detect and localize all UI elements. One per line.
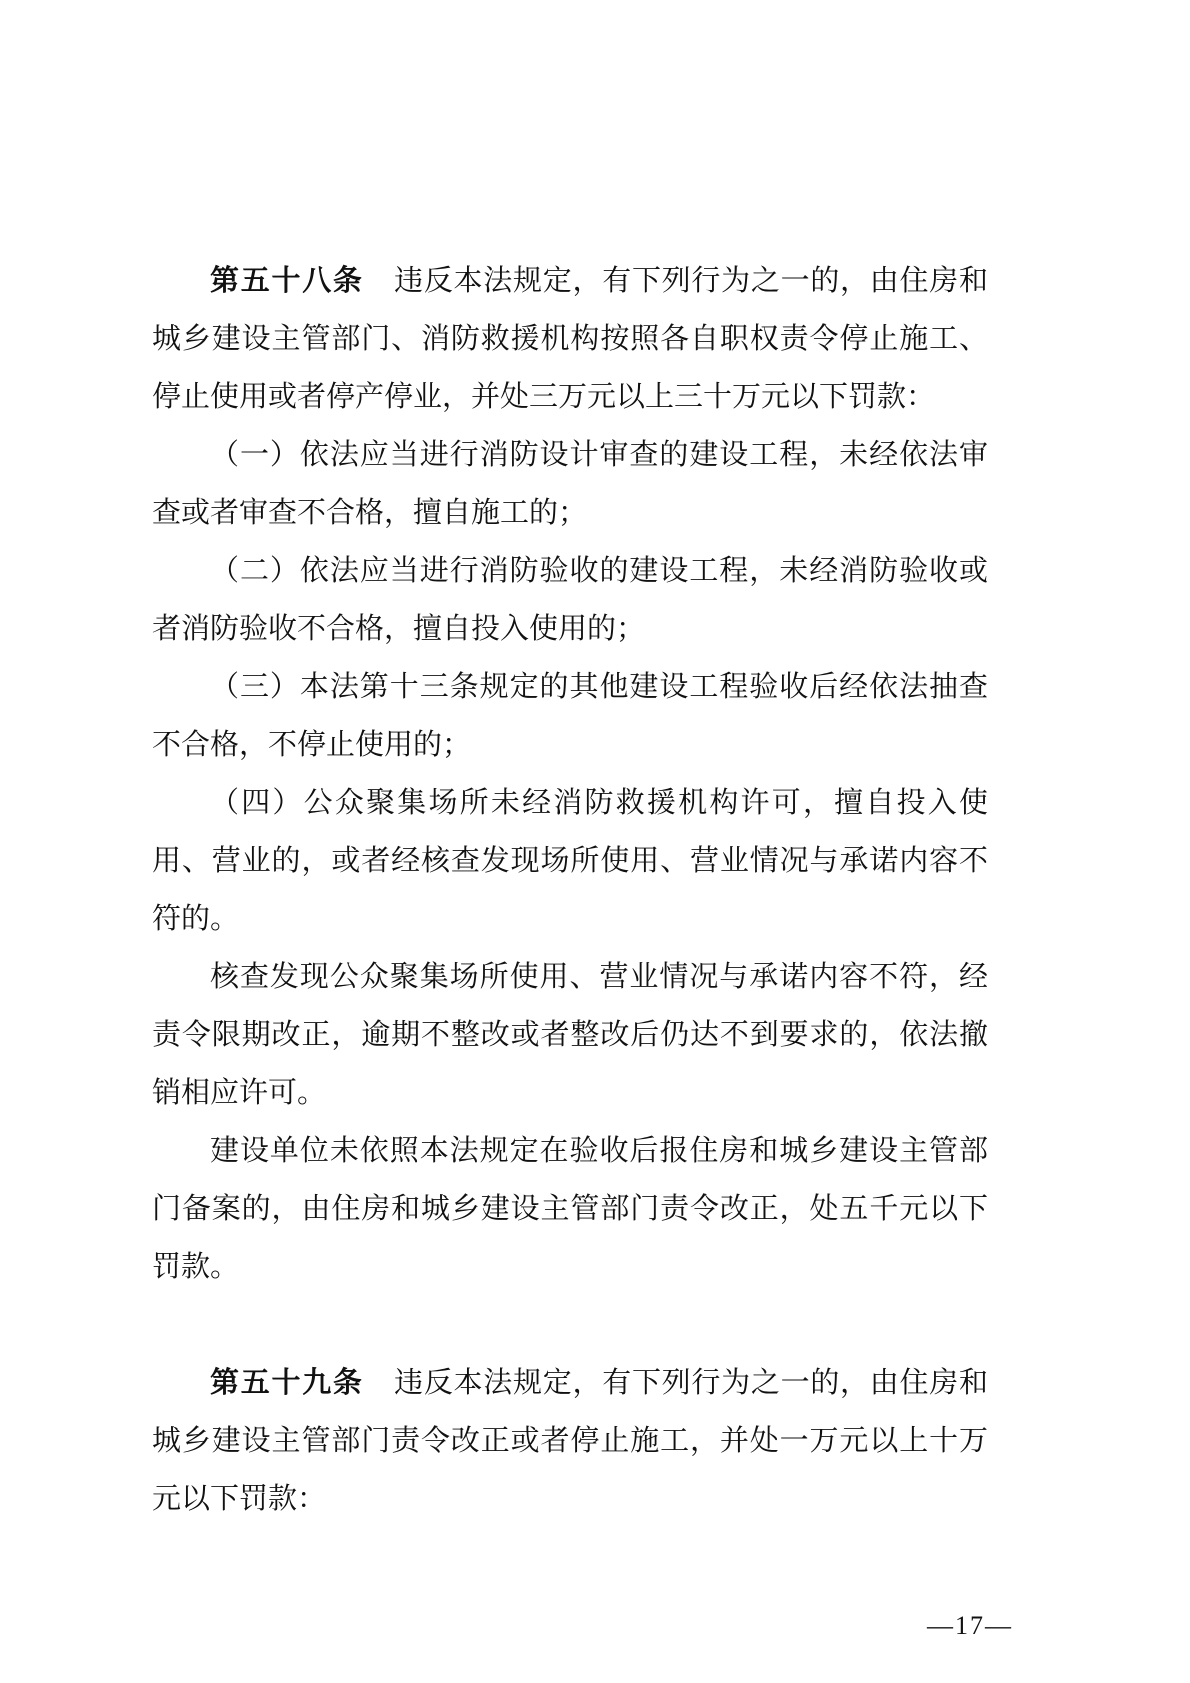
article-58-item-1: （一）依法应当进行消防设计审查的建设工程，未经依法审查或者审查不合格，擅自施工的… (152, 426, 988, 542)
page-number: —17— (927, 1611, 1013, 1641)
article-59-term: 第五十九条 (210, 1367, 364, 1399)
article-58-paragraph: 第五十八条违反本法规定，有下列行为之一的，由住房和城乡建设主管部门、消防救援机构… (152, 252, 988, 426)
document-page: 第五十八条违反本法规定，有下列行为之一的，由住房和城乡建设主管部门、消防救援机构… (0, 0, 1190, 1683)
article-59-paragraph: 第五十九条违反本法规定，有下列行为之一的，由住房和城乡建设主管部门责令改正或者停… (152, 1354, 988, 1528)
law-text-block: 第五十八条违反本法规定，有下列行为之一的，由住房和城乡建设主管部门、消防救援机构… (152, 252, 988, 1528)
article-58-term: 第五十八条 (210, 265, 364, 297)
article-58-followup-filing-fine: 建设单位未依照本法规定在验收后报住房和城乡建设主管部门备案的，由住房和城乡建设主… (152, 1122, 988, 1296)
article-58-item-3: （三）本法第十三条规定的其他建设工程验收后经依法抽查不合格，不停止使用的； (152, 658, 988, 774)
article-58-item-4: （四）公众聚集场所未经消防救援机构许可，擅自投入使用、营业的，或者经核查发现场所… (152, 774, 988, 948)
article-58-item-2: （二）依法应当进行消防验收的建设工程，未经消防验收或者消防验收不合格，擅自投入使… (152, 542, 988, 658)
article-58-followup-revoke-permit: 核查发现公众聚集场所使用、营业情况与承诺内容不符，经责令限期改正，逾期不整改或者… (152, 948, 988, 1122)
